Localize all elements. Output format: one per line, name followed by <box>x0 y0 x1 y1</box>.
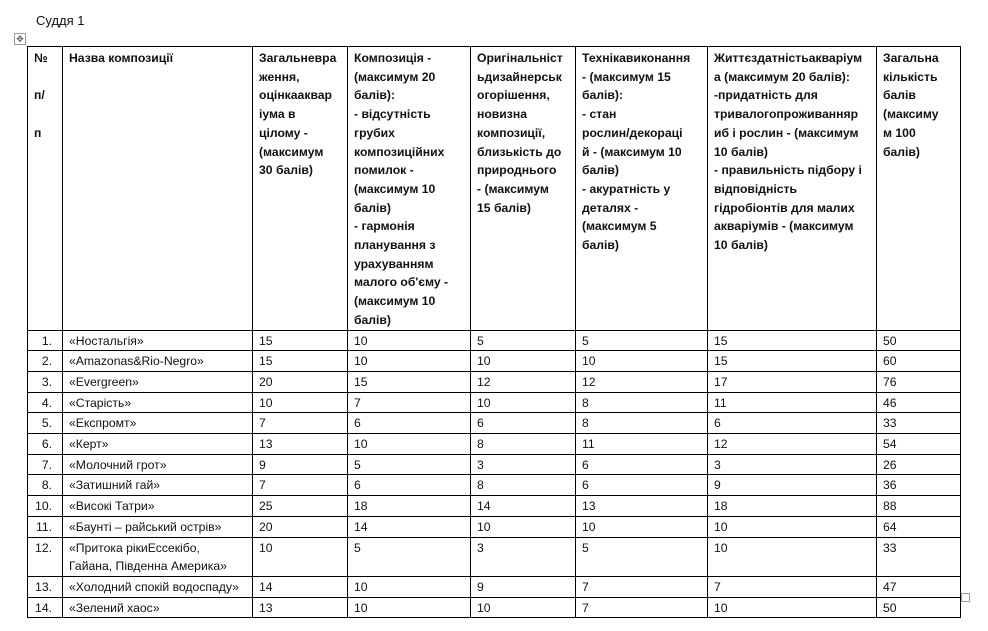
cell-technique: 8 <box>576 392 708 413</box>
header-line: рослин/декораці <box>582 124 701 143</box>
cell-technique: 10 <box>576 351 708 372</box>
table-row: 12.«Притока рікиЕссекібо, Гайана, Півден… <box>28 537 961 576</box>
header-line: й - (максимум 10 <box>582 143 701 162</box>
cell-viability: 11 <box>708 392 877 413</box>
cell-originality: 10 <box>471 392 576 413</box>
table-row: 2.«Amazonas&Rio-Negro»151010101560 <box>28 351 961 372</box>
header-line: балів): <box>582 86 701 105</box>
cell-overall: 25 <box>253 496 348 517</box>
header-line: тривалогопроживанняр <box>714 105 870 124</box>
header-line: оцінкааквар <box>259 86 341 105</box>
cell-originality: 3 <box>471 537 576 576</box>
header-line: балів): <box>354 86 464 105</box>
header-line: малого об'єму - <box>354 273 464 292</box>
cell-num: 11. <box>28 516 63 537</box>
cell-total: 50 <box>877 330 961 351</box>
header-overall: Загальневраження,оцінкаакваріума вцілому… <box>253 47 348 331</box>
table-row: 11.«Баунті – райський острів»20141010106… <box>28 516 961 537</box>
header-line: композиційних <box>354 143 464 162</box>
header-line: близькість до <box>477 143 569 162</box>
cell-num: 5. <box>28 413 63 434</box>
header-line: Композиція - <box>354 49 464 68</box>
cell-composition: 15 <box>348 371 471 392</box>
header-line: - акуратність у <box>582 180 701 199</box>
cell-num: 6. <box>28 434 63 455</box>
header-line: балів) <box>354 199 464 218</box>
header-line: (максимум 10 <box>354 292 464 311</box>
table-row: 4.«Старість»1071081146 <box>28 392 961 413</box>
cell-total: 33 <box>877 413 961 434</box>
cell-num: 14. <box>28 597 63 618</box>
cell-num: 4. <box>28 392 63 413</box>
cell-originality: 3 <box>471 454 576 475</box>
cell-name: «Amazonas&Rio-Negro» <box>63 351 253 372</box>
cell-total: 36 <box>877 475 961 496</box>
header-line: иб і рослин - (максимум <box>714 124 870 143</box>
header-line: відповідність <box>714 180 870 199</box>
cell-num: 7. <box>28 454 63 475</box>
header-line: огорішення, <box>477 86 569 105</box>
table-row: 7.«Молочний грот»9536326 <box>28 454 961 475</box>
cell-composition: 10 <box>348 351 471 372</box>
header-line: м 100 <box>883 124 954 143</box>
header-viability: Життєздатністьакваріума (максимум 20 бал… <box>708 47 877 331</box>
cell-total: 54 <box>877 434 961 455</box>
cell-total: 60 <box>877 351 961 372</box>
cell-overall: 15 <box>253 330 348 351</box>
cell-num: 8. <box>28 475 63 496</box>
header-line: 10 балів) <box>714 236 870 255</box>
cell-composition: 10 <box>348 434 471 455</box>
header-line: Загальна <box>883 49 954 68</box>
header-line: Загальневра <box>259 49 341 68</box>
cell-originality: 6 <box>471 413 576 434</box>
header-line: № <box>34 49 56 68</box>
header-line: Назва композиції <box>69 49 246 68</box>
cell-name: «Зелений хаос» <box>63 597 253 618</box>
cell-name: «Холодний спокій водоспаду» <box>63 576 253 597</box>
cell-technique: 5 <box>576 537 708 576</box>
header-line: 10 балів) <box>714 143 870 162</box>
header-line: композиції, <box>477 124 569 143</box>
header-line: деталях - <box>582 199 701 218</box>
cell-total: 33 <box>877 537 961 576</box>
header-line: (максимум 20 <box>354 68 464 87</box>
cell-num: 2. <box>28 351 63 372</box>
cell-technique: 6 <box>576 475 708 496</box>
cell-technique: 10 <box>576 516 708 537</box>
cell-overall: 13 <box>253 597 348 618</box>
header-line: гідробіонтів для малих <box>714 199 870 218</box>
cell-viability: 10 <box>708 516 877 537</box>
header-total: Загальнакількістьбалів(максимум 100балів… <box>877 47 961 331</box>
table-row: 8.«Затишний гай»7686936 <box>28 475 961 496</box>
header-line: новизна <box>477 105 569 124</box>
cell-composition: 10 <box>348 597 471 618</box>
header-line: помилок - <box>354 161 464 180</box>
cell-name: «Evergreen» <box>63 371 253 392</box>
cell-overall: 15 <box>253 351 348 372</box>
cell-name: «Старість» <box>63 392 253 413</box>
header-line: ження, <box>259 68 341 87</box>
cell-technique: 7 <box>576 576 708 597</box>
document-title: Суддя 1 <box>36 13 85 28</box>
cell-name: «Експромт» <box>63 413 253 434</box>
cell-viability: 3 <box>708 454 877 475</box>
header-line: 15 балів) <box>477 199 569 218</box>
header-line: цілому - <box>259 124 341 143</box>
header-line: акваріумів - (максимум <box>714 217 870 236</box>
cell-total: 47 <box>877 576 961 597</box>
header-line: п/ <box>34 86 56 105</box>
cell-total: 46 <box>877 392 961 413</box>
header-line: планування з <box>354 236 464 255</box>
cell-num: 10. <box>28 496 63 517</box>
header-line: Життєздатністьакваріум <box>714 49 870 68</box>
table-row: 10.«Високі Татри»251814131888 <box>28 496 961 517</box>
cell-overall: 10 <box>253 537 348 576</box>
cell-total: 88 <box>877 496 961 517</box>
header-name: Назва композиції <box>63 47 253 331</box>
header-line: - (максимум <box>477 180 569 199</box>
header-line: Оригінальніст <box>477 49 569 68</box>
cell-originality: 8 <box>471 475 576 496</box>
cell-originality: 8 <box>471 434 576 455</box>
table-row: 3.«Evergreen»201512121776 <box>28 371 961 392</box>
cell-viability: 15 <box>708 351 877 372</box>
cell-name: «Притока рікиЕссекібо, Гайана, Південна … <box>63 537 253 576</box>
header-originality: Оригінальністьдизайнерськогорішення,нови… <box>471 47 576 331</box>
table-row: 1.«Ностальгія»1510551550 <box>28 330 961 351</box>
header-line: балів) <box>582 236 701 255</box>
cell-num: 3. <box>28 371 63 392</box>
header-line: - гармонія <box>354 217 464 236</box>
table-row: 5.«Експромт»7668633 <box>28 413 961 434</box>
cell-overall: 20 <box>253 371 348 392</box>
cell-originality: 9 <box>471 576 576 597</box>
cell-originality: 5 <box>471 330 576 351</box>
header-line: балів <box>883 86 954 105</box>
cell-total: 64 <box>877 516 961 537</box>
cell-originality: 10 <box>471 351 576 372</box>
cell-technique: 8 <box>576 413 708 434</box>
cell-technique: 5 <box>576 330 708 351</box>
header-line: - стан <box>582 105 701 124</box>
cell-technique: 11 <box>576 434 708 455</box>
header-line: а (максимум 20 балів): <box>714 68 870 87</box>
cell-composition: 5 <box>348 537 471 576</box>
cell-composition: 10 <box>348 576 471 597</box>
cell-name: «Ностальгія» <box>63 330 253 351</box>
cell-composition: 18 <box>348 496 471 517</box>
header-line: балів) <box>883 143 954 162</box>
cell-total: 26 <box>877 454 961 475</box>
cell-overall: 9 <box>253 454 348 475</box>
table-row: 14.«Зелений хаос»13101071050 <box>28 597 961 618</box>
cell-viability: 15 <box>708 330 877 351</box>
cell-composition: 14 <box>348 516 471 537</box>
header-line: - (максимум 15 <box>582 68 701 87</box>
cell-total: 76 <box>877 371 961 392</box>
cell-viability: 9 <box>708 475 877 496</box>
cell-composition: 6 <box>348 475 471 496</box>
cell-technique: 7 <box>576 597 708 618</box>
table-row: 6.«Керт»13108111254 <box>28 434 961 455</box>
cell-name: «Високі Татри» <box>63 496 253 517</box>
cell-name: «Баунті – райський острів» <box>63 516 253 537</box>
header-line: ьдизайнерськ <box>477 68 569 87</box>
cell-composition: 5 <box>348 454 471 475</box>
header-line: -придатність для <box>714 86 870 105</box>
cell-viability: 18 <box>708 496 877 517</box>
cell-name: «Керт» <box>63 434 253 455</box>
header-line: іума в <box>259 105 341 124</box>
cell-technique: 13 <box>576 496 708 517</box>
cell-viability: 10 <box>708 537 877 576</box>
cell-originality: 10 <box>471 597 576 618</box>
header-technique: Технікавиконання- (максимум 15балів):- с… <box>576 47 708 331</box>
cell-name: «Молочний грот» <box>63 454 253 475</box>
header-composition: Композиція -(максимум 20балів):- відсутн… <box>348 47 471 331</box>
header-number: №п/п <box>28 47 63 331</box>
header-line: - відсутність <box>354 105 464 124</box>
cell-technique: 12 <box>576 371 708 392</box>
header-line: (максимум <box>259 143 341 162</box>
header-line: - правильність підбору і <box>714 161 870 180</box>
cell-overall: 13 <box>253 434 348 455</box>
table-body: 1.«Ностальгія»15105515502.«Amazonas&Rio-… <box>28 330 961 618</box>
header-line: природнього <box>477 161 569 180</box>
cell-originality: 10 <box>471 516 576 537</box>
cell-total: 50 <box>877 597 961 618</box>
cell-num: 13. <box>28 576 63 597</box>
cell-originality: 14 <box>471 496 576 517</box>
cell-originality: 12 <box>471 371 576 392</box>
header-line: п <box>34 124 56 143</box>
cell-overall: 10 <box>253 392 348 413</box>
cell-overall: 7 <box>253 413 348 434</box>
header-line: Технікавиконання <box>582 49 701 68</box>
header-line: 30 балів) <box>259 161 341 180</box>
table-move-handle-icon[interactable]: ✥ <box>14 33 26 45</box>
cell-name: «Затишний гай» <box>63 475 253 496</box>
cell-viability: 12 <box>708 434 877 455</box>
cell-overall: 14 <box>253 576 348 597</box>
header-line: (максимум 5 <box>582 217 701 236</box>
header-line: балів) <box>354 311 464 330</box>
header-line: грубих <box>354 124 464 143</box>
table-resize-handle-icon[interactable] <box>961 593 970 602</box>
cell-overall: 20 <box>253 516 348 537</box>
header-line: (максимум 10 <box>354 180 464 199</box>
header-row: №п/пНазва композиціїЗагальневраження,оці… <box>28 47 961 331</box>
cell-num: 12. <box>28 537 63 576</box>
header-line: (максиму <box>883 105 954 124</box>
cell-composition: 10 <box>348 330 471 351</box>
header-line: кількість <box>883 68 954 87</box>
cell-composition: 7 <box>348 392 471 413</box>
cell-overall: 7 <box>253 475 348 496</box>
cell-technique: 6 <box>576 454 708 475</box>
scores-table: №п/пНазва композиціїЗагальневраження,оці… <box>27 46 961 618</box>
header-line: балів) <box>582 161 701 180</box>
cell-viability: 6 <box>708 413 877 434</box>
cell-viability: 7 <box>708 576 877 597</box>
header-line: урахуванням <box>354 255 464 274</box>
cell-viability: 17 <box>708 371 877 392</box>
table-row: 13.«Холодний спокій водоспаду»141097747 <box>28 576 961 597</box>
cell-num: 1. <box>28 330 63 351</box>
cell-viability: 10 <box>708 597 877 618</box>
cell-composition: 6 <box>348 413 471 434</box>
